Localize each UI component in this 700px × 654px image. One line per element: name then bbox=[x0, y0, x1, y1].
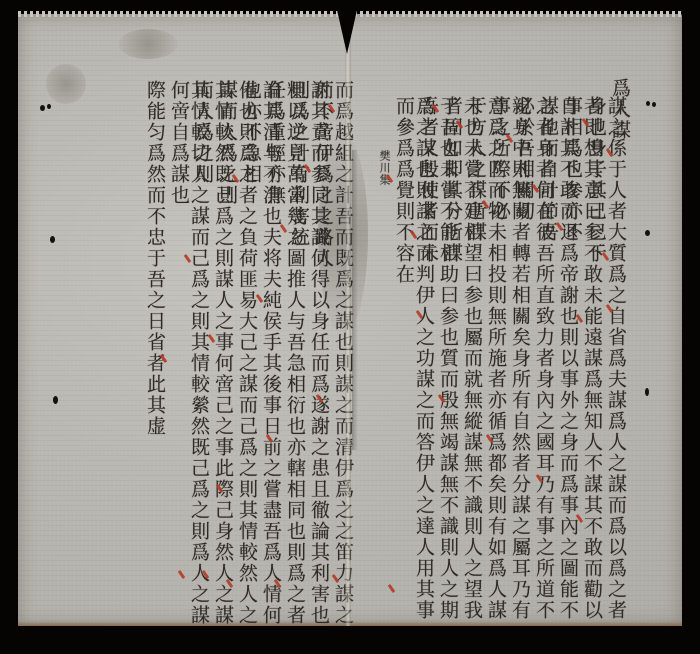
center-fold bbox=[345, 14, 351, 626]
fold-shadow bbox=[352, 150, 358, 450]
left-page: 而爲越組之計吾而既爲之謀也則謀之而清伊爲之之笛力謀之而不啻伊爲之之路人 謝其責而… bbox=[18, 14, 348, 626]
text-column: 際能匀爲然而不忠于吾之日省者此其虚 bbox=[145, 80, 165, 437]
right-page: 爲人謀 謀之係于人者大質爲之自省爲夫謀爲人之謀而爲以爲之者身也身子其已已于 者即… bbox=[368, 14, 682, 626]
text-column: 其情較切人之謀而己爲之則其情較縈然既己爲之則爲人之謀何啻自爲謀也 bbox=[169, 80, 209, 626]
text-column: 爲之謀也則謀之而判伊人之功謀之而答伊人之達人用其事而參爲爲覺則不容在 bbox=[394, 96, 434, 626]
top-notch bbox=[337, 10, 357, 54]
